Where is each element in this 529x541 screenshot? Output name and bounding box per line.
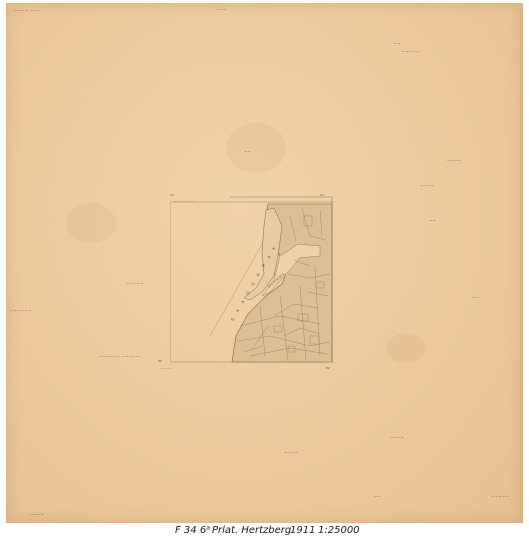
annotation: ~~~~~~ [10, 308, 31, 313]
corner-coordinate: 59° [158, 359, 163, 363]
annotation: ~~~~~ [126, 281, 144, 286]
sheet-edge [520, 3, 523, 523]
paper-stain [66, 203, 116, 243]
annotation: ~~~~ [30, 512, 44, 517]
annotation: ~~~~ [420, 183, 434, 188]
paper-stain [226, 123, 286, 173]
scale: 1:25000 [318, 525, 360, 536]
corner-coordinate: 59° [326, 366, 331, 370]
annotation: ~~ [374, 494, 381, 499]
inset-title-strip: — — — — — [174, 199, 197, 203]
annotation: ~~ [244, 149, 251, 154]
corner-coordinate: 10° [320, 193, 325, 197]
annotation: ~~~~ ~~~ [14, 8, 40, 13]
annotation: ~~~~ [390, 435, 404, 440]
annotation: ~~~~ [447, 158, 461, 163]
annotation: ~~~~~~ ~~~~~ [99, 354, 140, 359]
inset-caption: — — — [160, 366, 171, 370]
map-inset[interactable]: 10° 10° — — — — — 59° 59° — — — S K A G … [170, 196, 334, 364]
annotation: ~~ [394, 41, 401, 46]
corner-coordinate: 10° [170, 193, 175, 197]
paper-stain [386, 333, 426, 363]
author: Prlat. Hertzberg [212, 525, 291, 536]
annotation: ~~ [472, 295, 479, 300]
annotation: ~~~~~ [491, 494, 509, 499]
annotation: ~~~~~ [402, 49, 420, 54]
catalog-footer: F 34 6ᵃ Prlat. Hertzberg 1911 1:25000 [0, 523, 529, 541]
annotation: ~~~~ [284, 450, 298, 455]
annotation: ~~~ [216, 7, 227, 12]
sheet-id: F 34 6ᵃ [175, 525, 210, 536]
year: 1911 [290, 525, 315, 536]
annotation: ~~ [429, 218, 436, 223]
